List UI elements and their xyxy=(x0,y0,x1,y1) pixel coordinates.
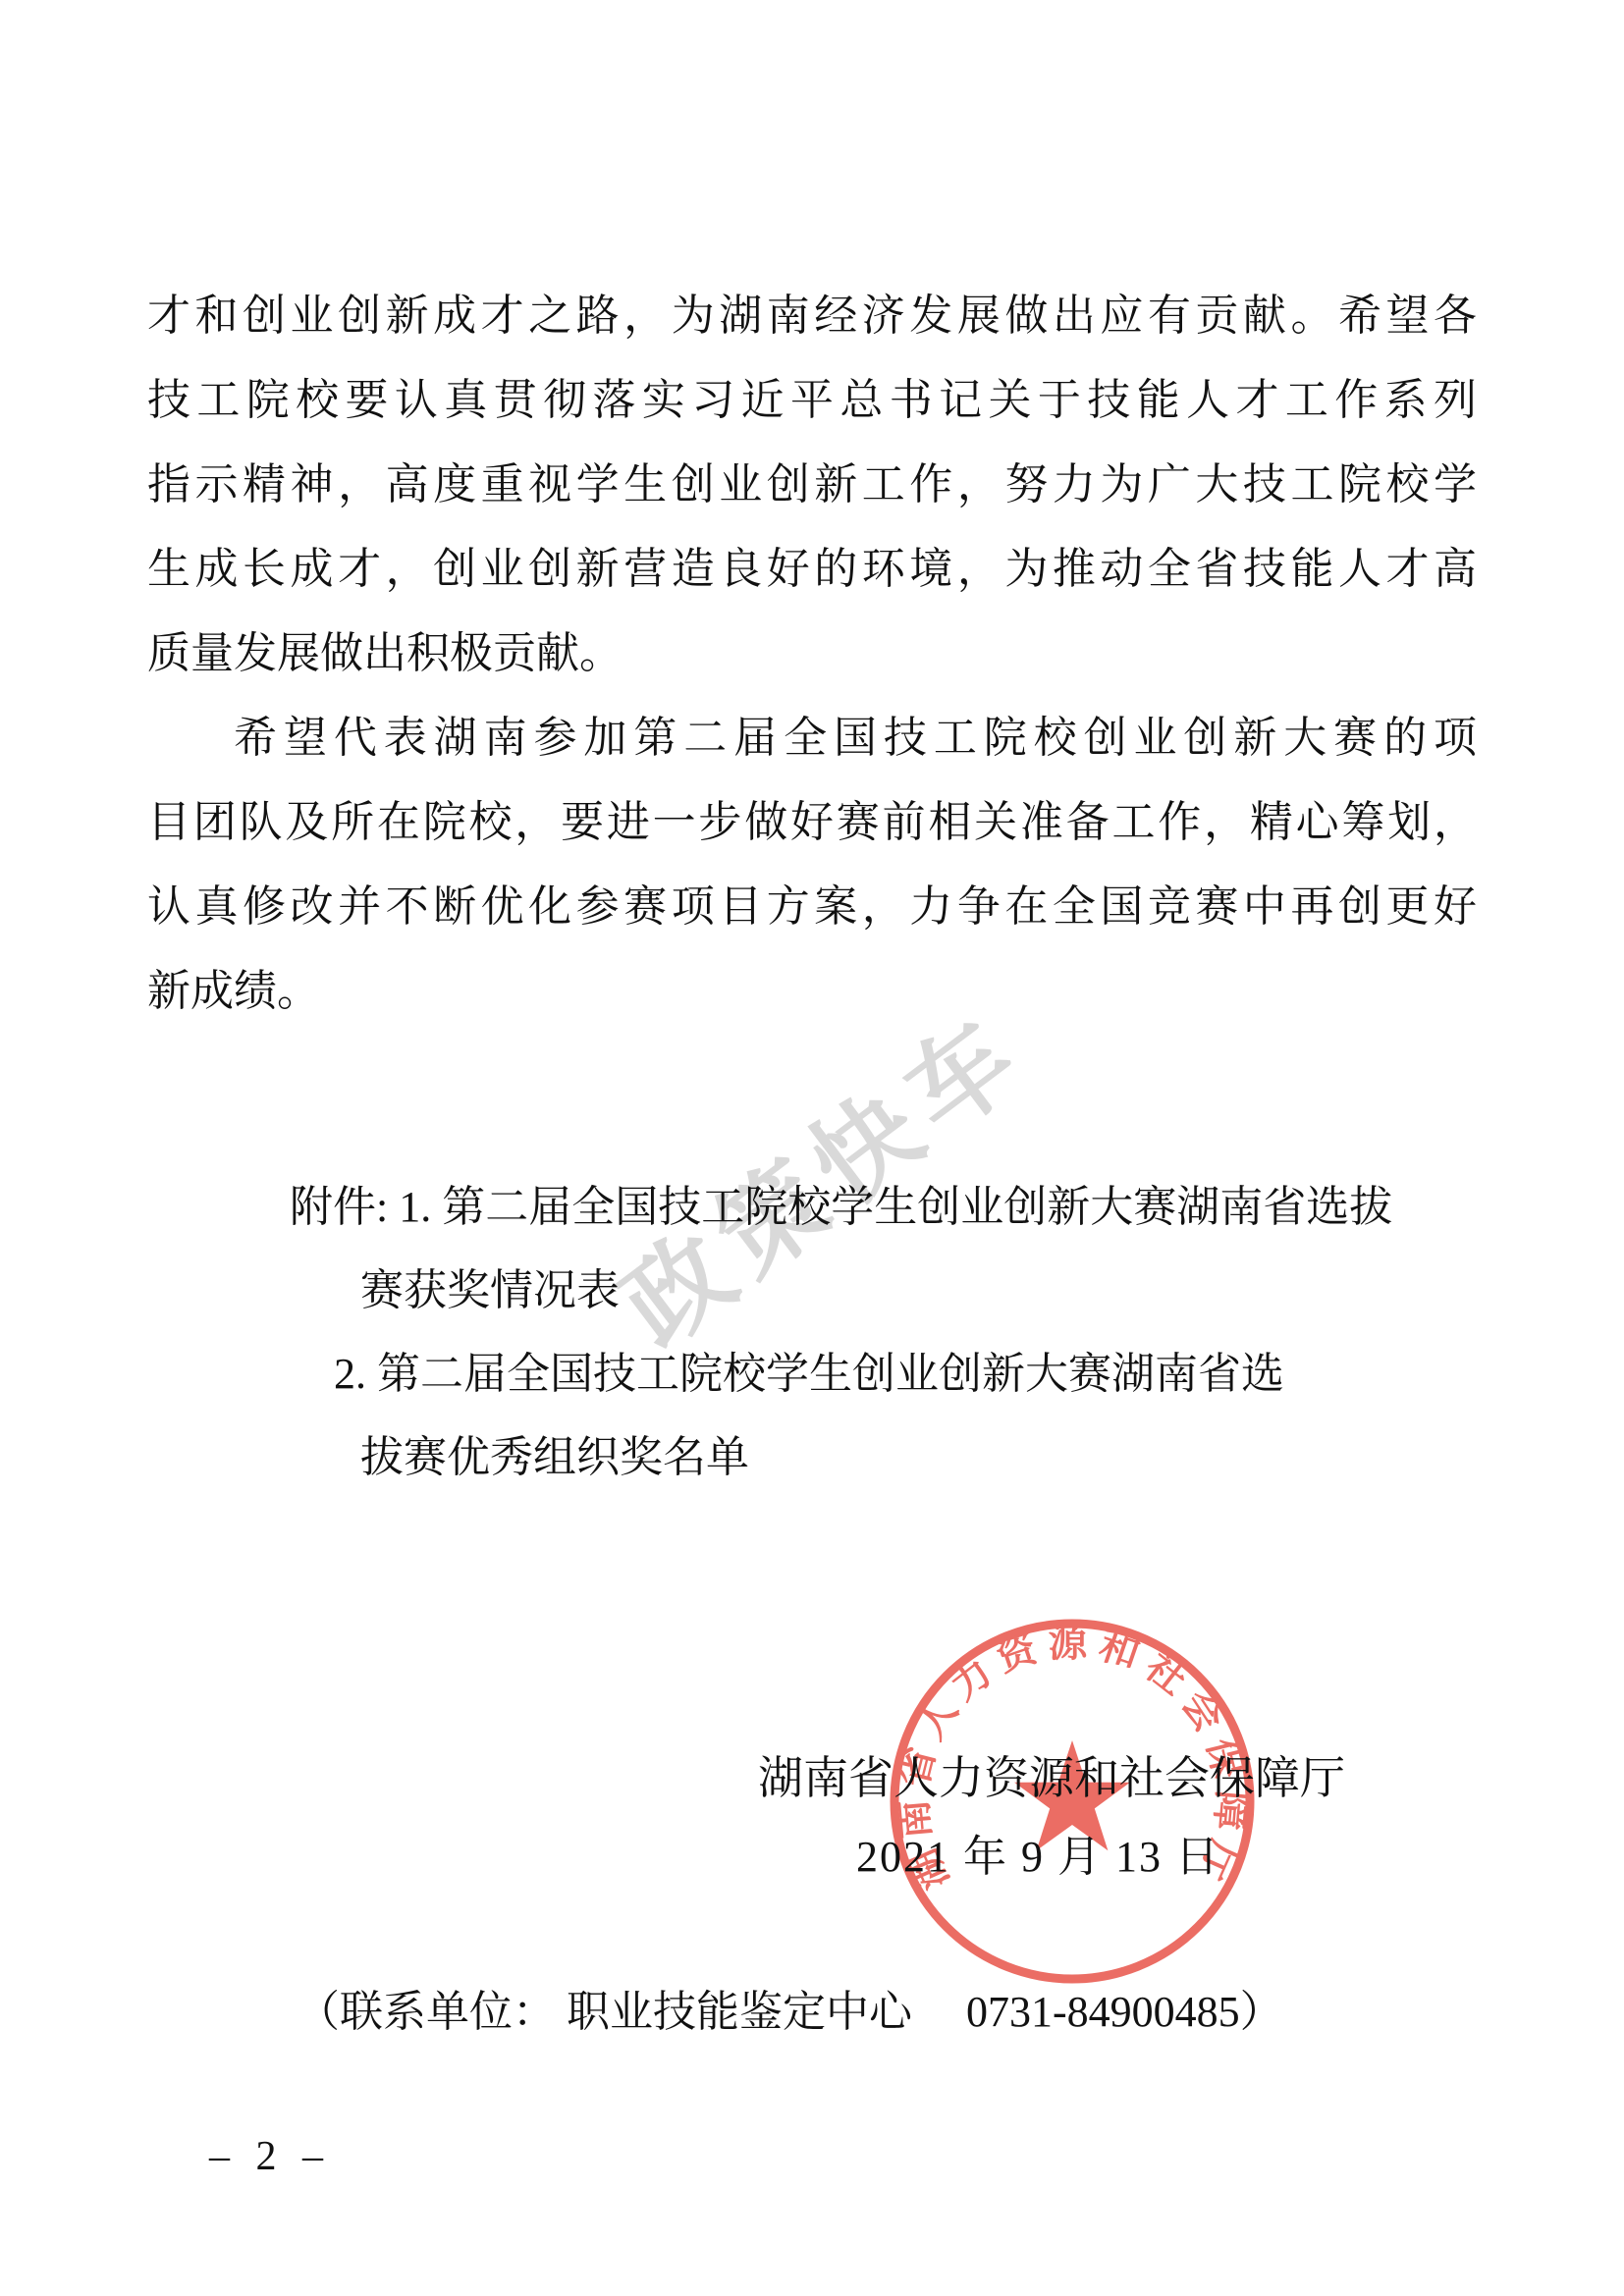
attachment-line: 附件: 1. 第二届全国技工院校学生创业创新大赛湖南省选拔 xyxy=(290,1165,1392,1250)
attachment-line: 2. 第二届全国技工院校学生创业创新大赛湖南省选 xyxy=(334,1332,1284,1416)
body-line: 生成长成才，创业创新营造良好的环境，为推动全省技能人才高 xyxy=(147,527,1477,612)
body-line: 新成绩。 xyxy=(147,949,1477,1034)
attachment-line: 赛获奖情况表 xyxy=(360,1249,620,1333)
body-line: 指示精神，高度重视学生创业创新工作，努力为广大技工院校学 xyxy=(147,443,1477,527)
body-line: 目团队及所在院校，要进一步做好赛前相关准备工作，精心筹划， xyxy=(147,780,1477,865)
page-number: – 2 – xyxy=(191,2122,349,2191)
body-line: 认真修改并不断优化参赛项目方案，力争在全国竞赛中再创更好 xyxy=(147,865,1477,949)
signature-agency: 湖南省人力资源和社会保障厅 xyxy=(758,1749,1345,1808)
body-line: 希望代表湖南参加第二届全国技工院校创业创新大赛的项 xyxy=(147,696,1477,780)
body-line: 质量发展做出积极贡献。 xyxy=(147,612,1477,696)
document-page: 政策快车 才和创业创新成才之路，为湖南经济发展做出应有贡献。希望各 技工院校要认… xyxy=(0,0,1624,2296)
signature-date: 2021 年 9 月 13 日 xyxy=(856,1828,1220,1887)
attachment-line: 拔赛优秀组织奖名单 xyxy=(360,1415,749,1500)
contact-line: （联系单位： 职业技能鉴定中心 0731-84900485） xyxy=(297,1970,1283,2055)
body-line: 技工院校要认真贯彻落实习近平总书记关于技能人才工作系列 xyxy=(147,358,1477,443)
body-line: 才和创业创新成才之路，为湖南经济发展做出应有贡献。希望各 xyxy=(147,274,1477,358)
